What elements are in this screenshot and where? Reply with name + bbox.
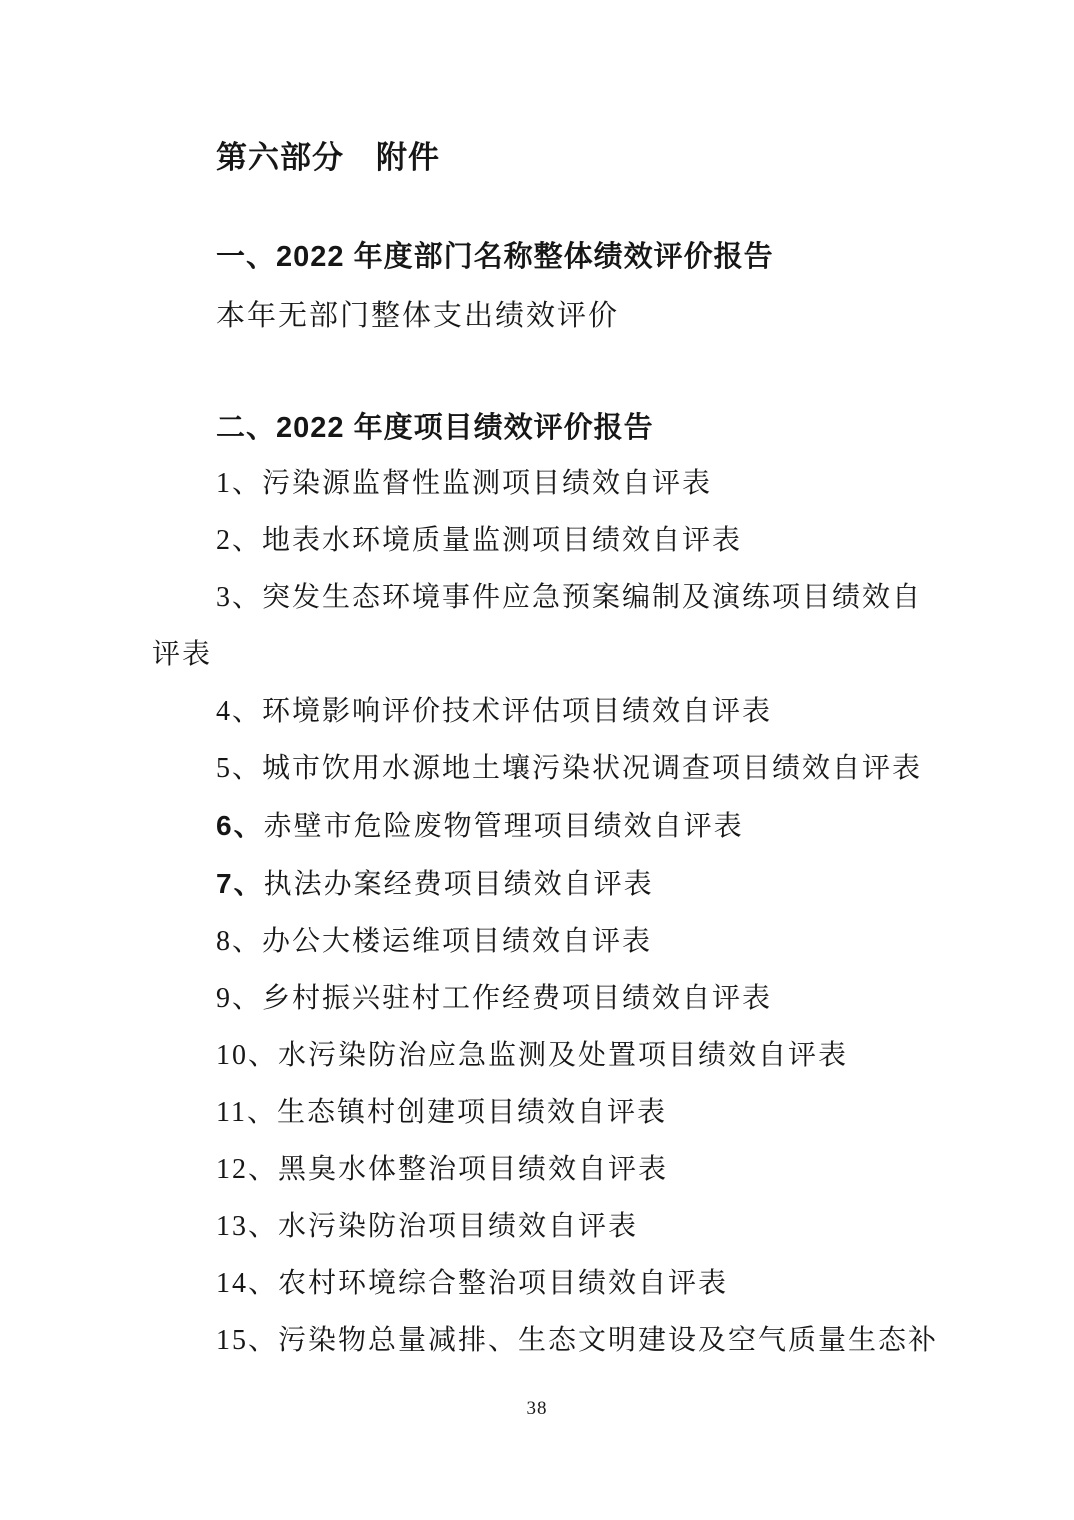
part-heading: 第六部分 附件 (152, 141, 916, 175)
list-item-text: 水污染防治应急监测及处置项目绩效自评表 (278, 1040, 848, 1071)
list-item: 3、突发生态环境事件应急预案编制及演练项目绩效自 评表 (152, 569, 916, 683)
list-item: 13、水污染防治项目绩效自评表 (152, 1198, 916, 1255)
list-item: 11、生态镇村创建项目绩效自评表 (152, 1084, 916, 1141)
list-item-text: 水污染防治项目绩效自评表 (278, 1211, 638, 1242)
list-item: 2、地表水环境质量监测项目绩效自评表 (152, 512, 916, 569)
list-item-number: 4、 (216, 696, 262, 727)
list-item-line: 15、污染物总量减排、生态文明建设及空气质量生态补 (152, 1312, 916, 1369)
list-item-number: 8、 (216, 926, 262, 957)
list-item-text: 污染源监督性监测项目绩效自评表 (262, 468, 712, 499)
list-item-line: 5、城市饮用水源地土壤污染状况调查项目绩效自评表 (152, 740, 916, 797)
document-page: 第六部分 附件 一、2022 年度部门名称整体绩效评价报告 本年无部门整体支出绩… (0, 0, 1074, 1520)
list-item: 9、乡村振兴驻村工作经费项目绩效自评表 (152, 970, 916, 1027)
list-item-text: 办公大楼运维项目绩效自评表 (262, 926, 652, 957)
list-item: 14、农村环境综合整治项目绩效自评表 (152, 1255, 916, 1312)
list-item-continuation: 评表 (152, 626, 916, 683)
list-item-text: 城市饮用水源地土壤污染状况调查项目绩效自评表 (262, 753, 922, 784)
list-item-line: 4、环境影响评价技术评估项目绩效自评表 (152, 683, 916, 740)
list-item-number: 10、 (216, 1040, 278, 1071)
list-item-number: 6、 (216, 810, 264, 841)
list-item-line: 8、办公大楼运维项目绩效自评表 (152, 913, 916, 970)
list-item-number: 12、 (216, 1154, 278, 1185)
list-item-number: 7、 (216, 868, 264, 899)
list-item: 12、黑臭水体整治项目绩效自评表 (152, 1141, 916, 1198)
list-item-text: 生态镇村创建项目绩效自评表 (277, 1097, 667, 1128)
list-item-text: 执法办案经费项目绩效自评表 (264, 869, 654, 900)
list-item-text: 赤壁市危险废物管理项目绩效自评表 (264, 811, 744, 842)
list-item-text: 污染物总量减排、生态文明建设及空气质量生态补 (278, 1325, 938, 1356)
list-item-line: 3、突发生态环境事件应急预案编制及演练项目绩效自 (152, 569, 916, 626)
list-item-line: 1、污染源监督性监测项目绩效自评表 (152, 455, 916, 512)
list-item: 6、赤壁市危险废物管理项目绩效自评表 (152, 797, 916, 855)
list-item-text: 农村环境综合整治项目绩效自评表 (278, 1268, 728, 1299)
section-1-note: 本年无部门整体支出绩效评价 (152, 300, 916, 332)
list-item-text: 乡村振兴驻村工作经费项目绩效自评表 (262, 983, 772, 1014)
section-1-heading: 一、2022 年度部门名称整体绩效评价报告 (152, 241, 916, 273)
list-item: 8、办公大楼运维项目绩效自评表 (152, 913, 916, 970)
list-item-line: 12、黑臭水体整治项目绩效自评表 (152, 1141, 916, 1198)
section-2-heading: 二、2022 年度项目绩效评价报告 (152, 412, 916, 444)
list-item-number: 15、 (216, 1325, 278, 1356)
list-item-number: 1、 (216, 468, 262, 499)
list-item-line: 10、水污染防治应急监测及处置项目绩效自评表 (152, 1027, 916, 1084)
page-number: 38 (0, 1398, 1074, 1420)
list-item-text: 环境影响评价技术评估项目绩效自评表 (262, 696, 772, 727)
list-item-text: 黑臭水体整治项目绩效自评表 (278, 1154, 668, 1185)
list-item: 7、执法办案经费项目绩效自评表 (152, 855, 916, 913)
list-item-text: 地表水环境质量监测项目绩效自评表 (262, 525, 742, 556)
project-report-list: 1、污染源监督性监测项目绩效自评表 2、地表水环境质量监测项目绩效自评表 3、突… (152, 455, 916, 1369)
list-item: 15、污染物总量减排、生态文明建设及空气质量生态补 (152, 1312, 916, 1369)
list-item-number: 3、 (216, 582, 262, 613)
list-item-number: 11、 (216, 1097, 277, 1128)
list-item-number: 9、 (216, 983, 262, 1014)
list-item-line: 9、乡村振兴驻村工作经费项目绩效自评表 (152, 970, 916, 1027)
list-item-text: 突发生态环境事件应急预案编制及演练项目绩效自 (262, 582, 922, 613)
list-item-line: 13、水污染防治项目绩效自评表 (152, 1198, 916, 1255)
list-item: 10、水污染防治应急监测及处置项目绩效自评表 (152, 1027, 916, 1084)
list-item-number: 2、 (216, 525, 262, 556)
list-item: 1、污染源监督性监测项目绩效自评表 (152, 455, 916, 512)
list-item-number: 5、 (216, 753, 262, 784)
list-item-line: 11、生态镇村创建项目绩效自评表 (152, 1084, 916, 1141)
list-item-number: 13、 (216, 1211, 278, 1242)
list-item: 5、城市饮用水源地土壤污染状况调查项目绩效自评表 (152, 740, 916, 797)
list-item: 4、环境影响评价技术评估项目绩效自评表 (152, 683, 916, 740)
list-item-line: 14、农村环境综合整治项目绩效自评表 (152, 1255, 916, 1312)
list-item-line: 6、赤壁市危险废物管理项目绩效自评表 (152, 797, 916, 855)
list-item-line: 2、地表水环境质量监测项目绩效自评表 (152, 512, 916, 569)
list-item-number: 14、 (216, 1268, 278, 1299)
list-item-line: 7、执法办案经费项目绩效自评表 (152, 855, 916, 913)
